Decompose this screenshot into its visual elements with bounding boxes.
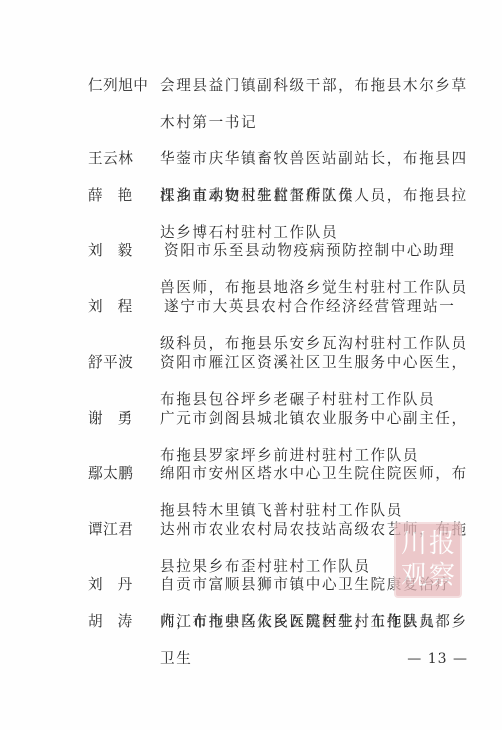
person-name: 刘程 xyxy=(88,289,158,326)
person-name: 薛艳 xyxy=(88,178,158,215)
page-number: — 13 — xyxy=(368,651,468,667)
person-name: 王云林 xyxy=(88,141,158,178)
person-name: 鄢太鹏 xyxy=(88,456,158,493)
person-description: 会理县益门镇副科级干部，布拖县木尔乡草木村第一书记 xyxy=(160,68,468,141)
person-name: 谢勇 xyxy=(88,401,158,438)
watermark-stamp: 川 报 观 察 xyxy=(394,522,462,598)
document-page: 仁列旭中 会理县益门镇副科级干部，布拖县木尔乡草木村第一书记 王云林 华蓥市庆华… xyxy=(0,0,502,730)
person-name: 舒平波 xyxy=(88,345,158,382)
person-name: 刘丹 xyxy=(88,567,158,604)
watermark-char: 川 xyxy=(400,528,428,560)
watermark-char: 察 xyxy=(428,560,456,592)
person-name: 刘毅 xyxy=(88,233,158,270)
watermark-char: 报 xyxy=(428,528,456,560)
person-name: 胡涛 xyxy=(88,604,158,641)
person-name: 仁列旭中 xyxy=(88,68,158,105)
watermark-char: 观 xyxy=(400,560,428,592)
person-name: 谭江君 xyxy=(88,512,158,549)
